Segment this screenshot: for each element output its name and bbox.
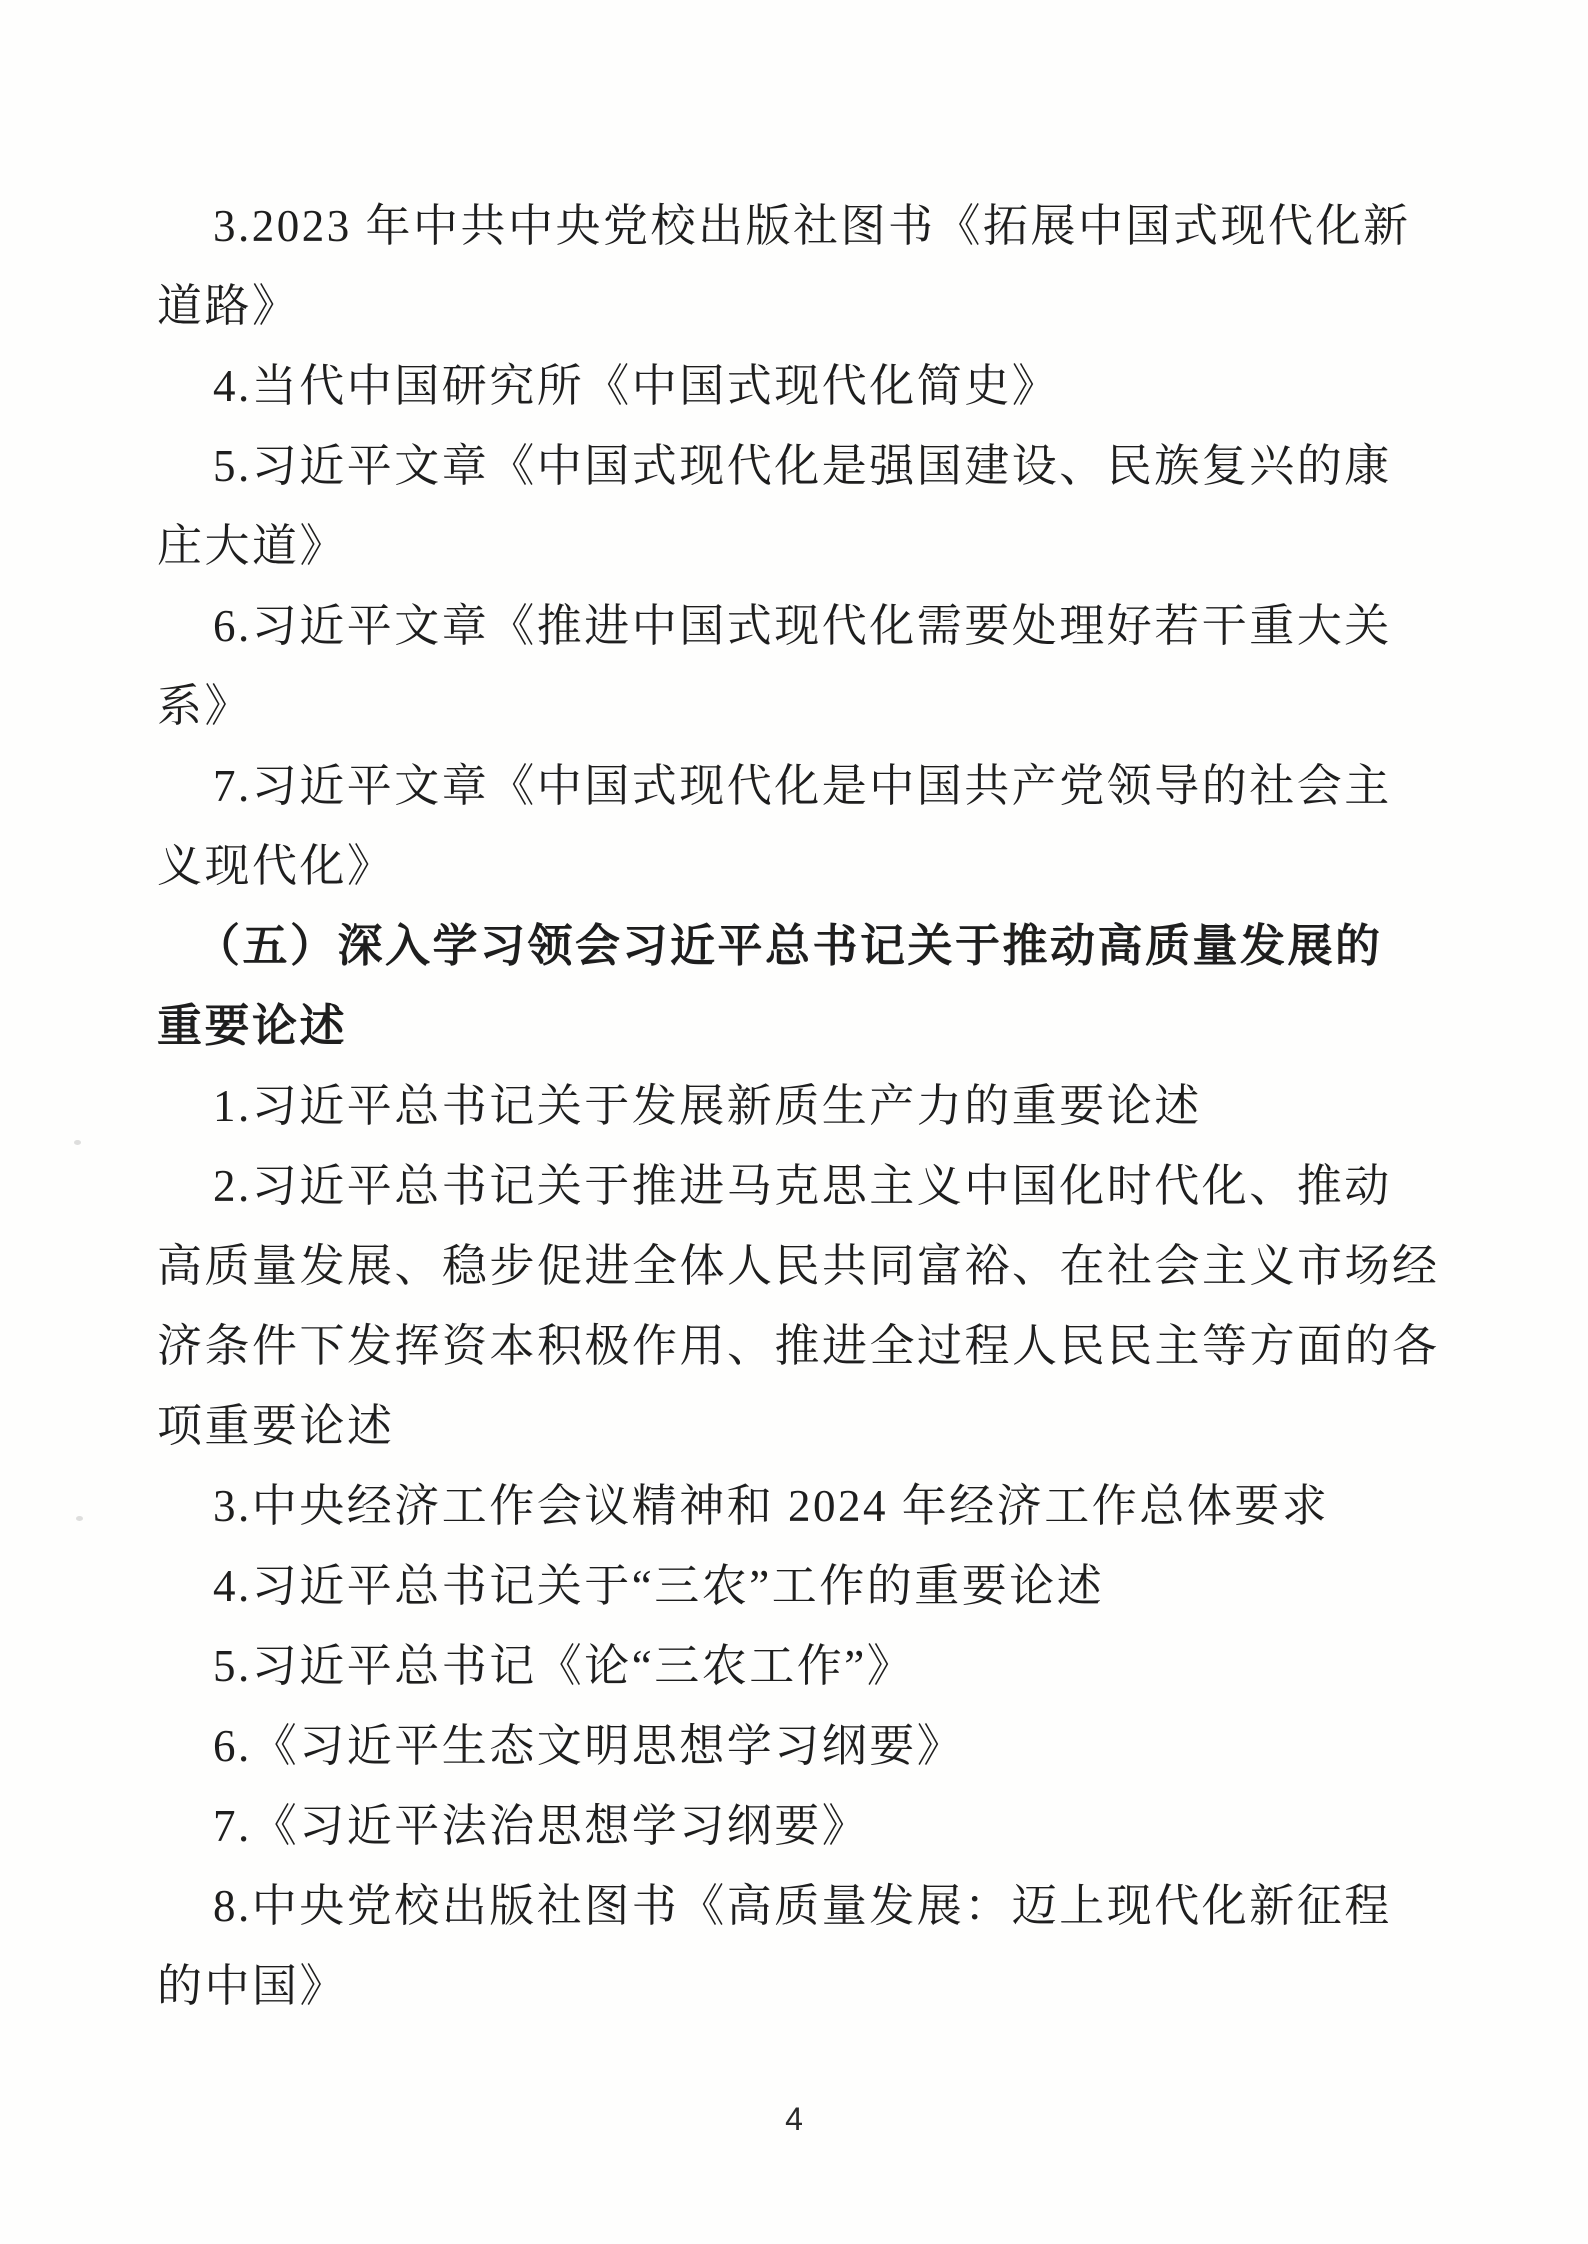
text-line: 3.2023 年中共中央党校出版社图书《拓展中国式现代化新	[157, 186, 1458, 266]
text-line: 4.习近平总书记关于“三农”工作的重要论述	[157, 1546, 1458, 1626]
text-line: 7.《习近平法治思想学习纲要》	[157, 1786, 1458, 1866]
text-line: 2.习近平总书记关于推进马克思主义中国化时代化、推动	[157, 1146, 1458, 1226]
text-line: 6.《习近平生态文明思想学习纲要》	[157, 1706, 1458, 1786]
text-line: 高质量发展、稳步促进全体人民共同富裕、在社会主义市场经	[157, 1226, 1458, 1306]
text-line: 5.习近平总书记《论“三农工作”》	[157, 1626, 1458, 1706]
text-line: 1.习近平总书记关于发展新质生产力的重要论述	[157, 1066, 1458, 1146]
text-line: 6.习近平文章《推进中国式现代化需要处理好若干重大关	[157, 586, 1458, 666]
text-line: 济条件下发挥资本积极作用、推进全过程人民民主等方面的各	[157, 1306, 1458, 1386]
scan-speck	[74, 1140, 81, 1145]
text-line: 8.中央党校出版社图书《高质量发展：迈上现代化新征程	[157, 1866, 1458, 1946]
document-body: 3.2023 年中共中央党校出版社图书《拓展中国式现代化新道路》4.当代中国研究…	[157, 186, 1458, 2026]
page-number: 4	[0, 2101, 1588, 2138]
document-page: 3.2023 年中共中央党校出版社图书《拓展中国式现代化新道路》4.当代中国研究…	[0, 0, 1588, 2244]
text-line: 的中国》	[157, 1946, 1458, 2026]
text-line: 庄大道》	[157, 506, 1458, 586]
heading-line: （五）深入学习领会习近平总书记关于推动高质量发展的	[157, 906, 1458, 986]
text-line: 系》	[157, 666, 1458, 746]
text-line: 项重要论述	[157, 1386, 1458, 1466]
text-line: 义现代化》	[157, 826, 1458, 906]
scan-speck	[76, 1516, 83, 1521]
heading-line: 重要论述	[157, 986, 1458, 1066]
text-line: 3.中央经济工作会议精神和 2024 年经济工作总体要求	[157, 1466, 1458, 1546]
text-line: 4.当代中国研究所《中国式现代化简史》	[157, 346, 1458, 426]
text-line: 5.习近平文章《中国式现代化是强国建设、民族复兴的康	[157, 426, 1458, 506]
text-line: 7.习近平文章《中国式现代化是中国共产党领导的社会主	[157, 746, 1458, 826]
text-line: 道路》	[157, 266, 1458, 346]
